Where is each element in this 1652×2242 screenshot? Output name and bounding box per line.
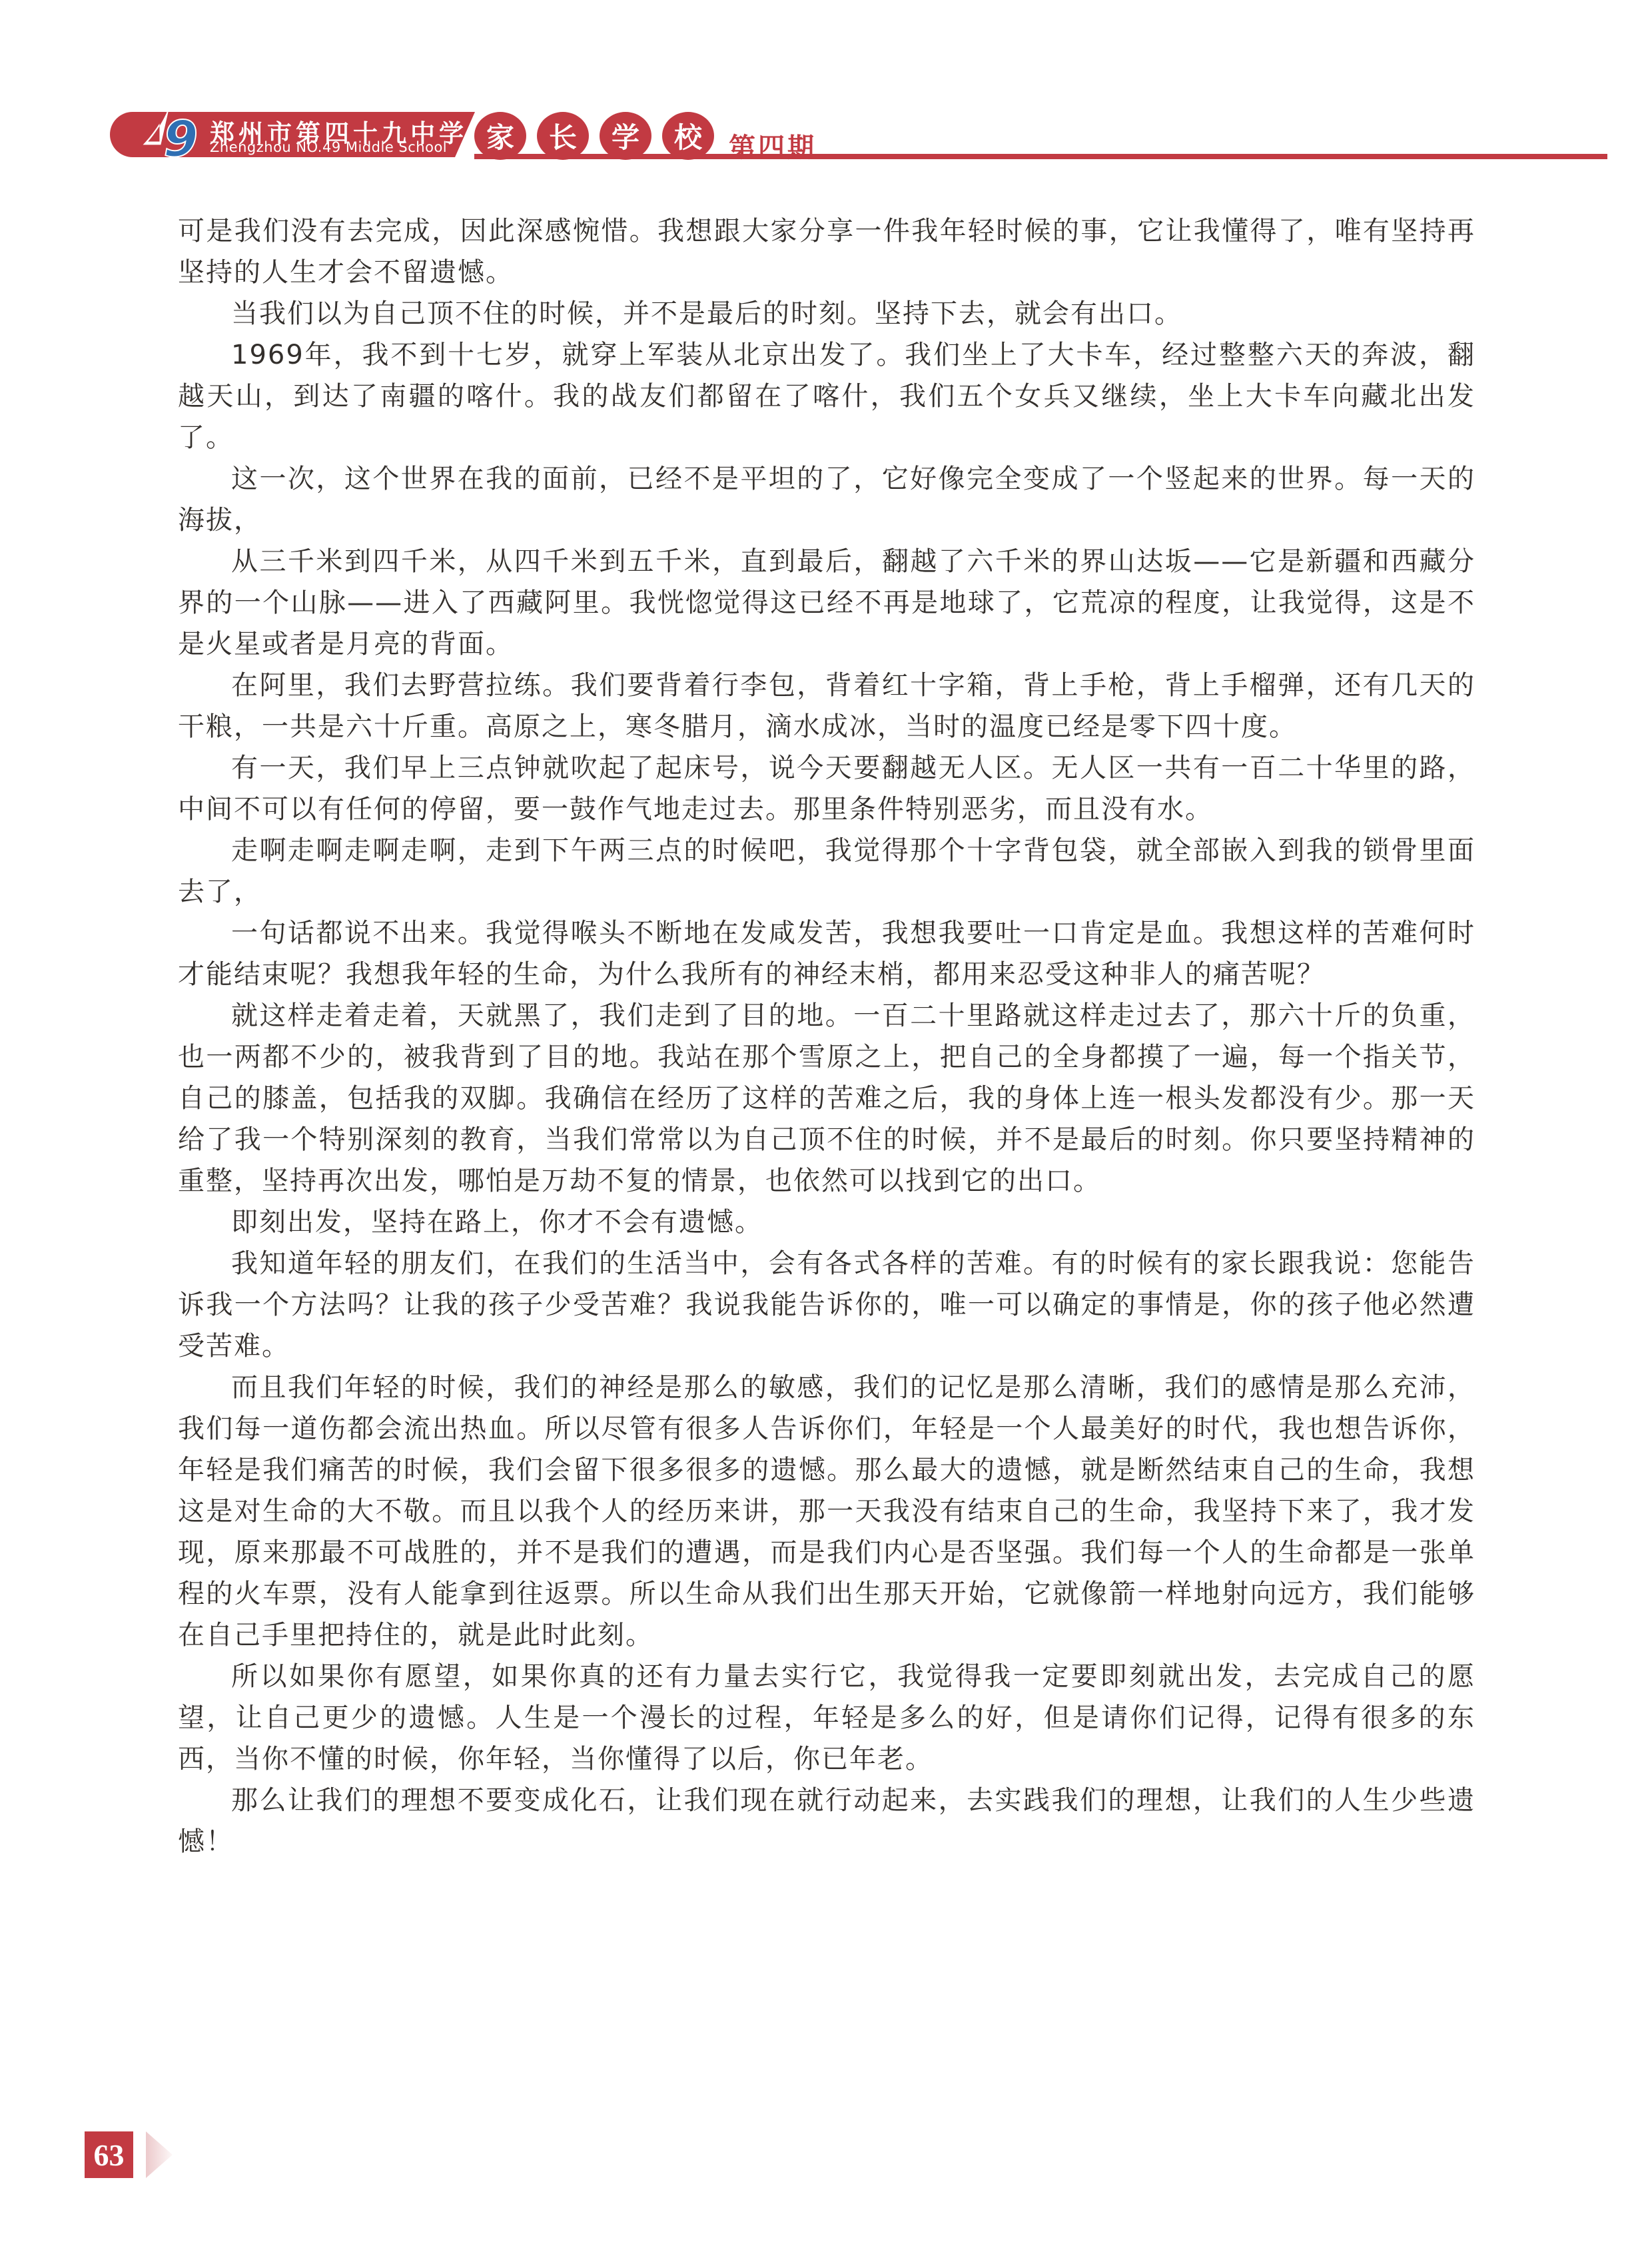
paragraph: 当我们以为自己顶不住的时候，并不是最后的时刻。坚持下去，就会有出口。 (178, 293, 1475, 334)
header-badge: 家 (474, 112, 526, 160)
page-number-badge: 63 (85, 2131, 133, 2178)
paragraph: 可是我们没有去完成，因此深感惋惜。我想跟大家分享一件我年轻时候的事，它让我懂得了… (178, 210, 1475, 293)
page-number-arrow-icon (146, 2131, 173, 2178)
magazine-page: 9 郑州市第四十九中学 Zhengzhou NO.49 Middle Schoo… (0, 0, 1652, 2242)
header-banner: 9 郑州市第四十九中学 Zhengzhou NO.49 Middle Schoo… (110, 112, 475, 157)
paragraph: 在阿里，我们去野营拉练。我们要背着行李包，背着红十字箱，背上手枪，背上手榴弹，还… (178, 665, 1475, 747)
paragraph: 从三千米到四千米，从四千米到五千米，直到最后，翻越了六千米的界山达坂——它是新疆… (178, 541, 1475, 665)
paragraph: 即刻出发，坚持在路上，你才不会有遗憾。 (178, 1202, 1475, 1243)
header-badge: 学 (600, 112, 651, 160)
paragraph: 就这样走着走着，天就黑了，我们走到了目的地。一百二十里路就这样走过去了，那六十斤… (178, 995, 1475, 1202)
header-badge: 校 (662, 112, 714, 160)
paragraph: 而且我们年轻的时候，我们的神经是那么的敏感，我们的记忆是那么清晰，我们的感情是那… (178, 1367, 1475, 1656)
logo-digit: 9 (163, 111, 198, 167)
issue-label: 第四期 (729, 127, 817, 165)
paragraph: 这一次，这个世界在我的面前，已经不是平坦的了，它好像完全变成了一个竖起来的世界。… (178, 458, 1475, 541)
paragraph: 走啊走啊走啊走啊，走到下午两三点的时候吧，我觉得那个十字背包袋，就全部嵌入到我的… (178, 830, 1475, 913)
paragraph: 1969年，我不到十七岁，就穿上军装从北京出发了。我们坐上了大卡车，经过整整六天… (178, 334, 1475, 458)
school-logo-sail-icon: 9 (135, 103, 199, 167)
article-body: 可是我们没有去完成，因此深感惋惜。我想跟大家分享一件我年轻时候的事，它让我懂得了… (178, 210, 1475, 1862)
paragraph: 有一天，我们早上三点钟就吹起了起床号，说今天要翻越无人区。无人区一共有一百二十华… (178, 747, 1475, 830)
paragraph: 我知道年轻的朋友们，在我们的生活当中，会有各式各样的苦难。有的时候有的家长跟我说… (178, 1243, 1475, 1367)
paragraph: 所以如果你有愿望，如果你真的还有力量去实行它，我觉得我一定要即刻就出发，去完成自… (178, 1656, 1475, 1780)
badge-group: 家长学校 (474, 112, 714, 160)
header-badge: 长 (537, 112, 589, 160)
school-name-en: Zhengzhou NO.49 Middle School (210, 139, 447, 155)
paragraph: 那么让我们的理想不要变成化石，让我们现在就行动起来，去实践我们的理想，让我们的人… (178, 1780, 1475, 1862)
paragraph: 一句话都说不出来。我觉得喉头不断地在发咸发苦，我想我要吐一口肯定是血。我想这样的… (178, 913, 1475, 995)
